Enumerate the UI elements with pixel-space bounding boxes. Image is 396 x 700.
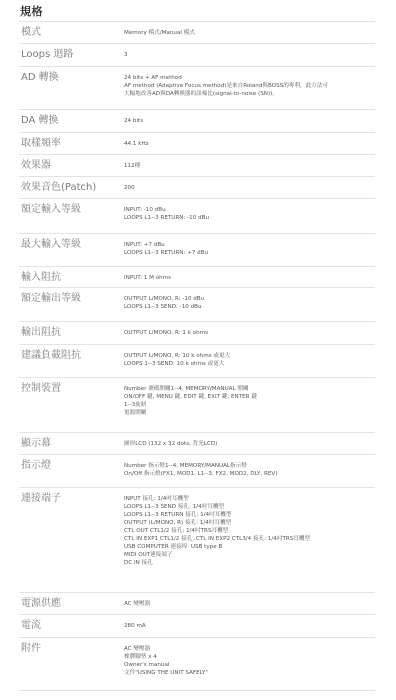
spec-value-line: 3 [124, 51, 375, 59]
spec-value: AC 變壓器 [124, 593, 375, 614]
spec-value-line: 280 mA [124, 622, 375, 630]
spec-value: INPUT: +7 dBuLOOPS L1--3 RETURN: +7 dBu [124, 234, 375, 266]
spec-row: 效果音色(Patch)200 [19, 176, 375, 198]
spec-value-line: 電源開關 [124, 409, 375, 417]
spec-table: 模式Memory 模式/Manual 模式Loops 迴路3AD 轉換24 bi… [19, 21, 375, 691]
spec-row: Loops 迴路3 [19, 43, 375, 66]
spec-row: 模式Memory 模式/Manual 模式 [19, 21, 375, 43]
spec-value-line: LOOPS 1--3 SEND: 10 k ohms 或更大 [124, 360, 375, 368]
spec-value-line: DC IN 接孔 [124, 559, 375, 567]
spec-value: Memory 模式/Manual 模式 [124, 22, 375, 43]
spec-value: 112種 [124, 155, 375, 176]
spec-label: 指示燈 [19, 455, 124, 487]
spec-value-line: 112種 [124, 162, 375, 170]
spec-value-line: 24 bits + AF method [124, 74, 375, 82]
spec-value-line: LOOPS L1--3 RETURN 接孔: 1/4吋耳機型 [124, 511, 375, 519]
spec-value-line: OUTPUT (L/MONO, R) 接孔: 1/4吋耳機型 [124, 519, 375, 527]
spec-value-line: LOOPS L1--3 RETURN: -10 dBu [124, 214, 375, 222]
spec-value-line: LOOPS L1--3 SEND: -10 dBu [124, 303, 375, 311]
spec-value-line: AF method (Adaptive Focus method)是來自Rola… [124, 82, 375, 90]
spec-value-line: OUTPUT L/MONO, R: 10 k ohms 或更大 [124, 352, 375, 360]
spec-label: 建議負載阻抗 [19, 345, 124, 377]
spec-value: OUTPUT L/MONO, R: 1 k ohms [124, 322, 375, 344]
spec-value: INPUT: 1 M ohms [124, 267, 375, 287]
spec-value-line: 文件"USING THE UNIT SAFELY" [124, 669, 375, 677]
spec-row: 指示燈Number 指示燈1--4, MEMORY/MANUAL指示燈On/Of… [19, 454, 375, 487]
spec-row: 建議負載阻抗OUTPUT L/MONO, R: 10 k ohms 或更大LOO… [19, 344, 375, 377]
spec-title: 規格 [20, 3, 43, 19]
spec-row: 最大輸入等級INPUT: +7 dBuLOOPS L1--3 RETURN: +… [19, 233, 375, 266]
spec-label: 連接端子 [19, 488, 124, 592]
spec-value-line: ON/OFF 鍵, MENU 鍵, EDIT 鍵, EXIT 鍵, ENTER … [124, 393, 375, 401]
spec-value-line: Number 指示燈1--4, MEMORY/MANUAL指示燈 [124, 462, 375, 470]
spec-label: DA 轉換 [19, 110, 124, 132]
spec-value: AC 變壓器橡膠腳墊 x 4Owner's manual文件"USING THE… [124, 638, 375, 690]
spec-label: 取樣頻率 [19, 133, 124, 154]
spec-row: 附件AC 變壓器橡膠腳墊 x 4Owner's manual文件"USING T… [19, 637, 375, 691]
spec-value: 3 [124, 44, 375, 66]
spec-value-line: 圖形LCD (132 x 32 dots, 背光LCD) [124, 440, 375, 448]
spec-value-line: INPUT: 1 M ohms [124, 274, 375, 282]
spec-label: 額定輸出等級 [19, 288, 124, 321]
spec-label: 最大輸入等級 [19, 234, 124, 266]
spec-value-line: USB COMPUTER 連接埠: USB type B [124, 543, 375, 551]
spec-value-line: INPUT 接孔: 1/4吋耳機型 [124, 495, 375, 503]
spec-value-line: 橡膠腳墊 x 4 [124, 653, 375, 661]
spec-label: 額定輸入等級 [19, 199, 124, 233]
spec-value-line: Number 號碼開關1--4, MEMORY/MANUAL 開關 [124, 385, 375, 393]
spec-value: 280 mA [124, 615, 375, 637]
spec-value: Number 指示燈1--4, MEMORY/MANUAL指示燈On/Off 指… [124, 455, 375, 487]
spec-row: 效果器112種 [19, 154, 375, 176]
spec-row: 輸出阻抗OUTPUT L/MONO, R: 1 k ohms [19, 321, 375, 344]
spec-label: 電流 [19, 615, 124, 637]
spec-label: 電源供應 [19, 593, 124, 614]
spec-row: 控制裝置Number 號碼開關1--4, MEMORY/MANUAL 開關ON/… [19, 377, 375, 432]
spec-label: 模式 [19, 22, 124, 43]
spec-row: 電流280 mA [19, 614, 375, 637]
spec-row: 取樣頻率44.1 kHz [19, 132, 375, 154]
spec-label: 附件 [19, 638, 124, 690]
spec-value-line: MIDI OUT連接端子 [124, 551, 375, 559]
spec-value-line: 24 bits [124, 117, 375, 125]
spec-row: 額定輸出等級OUTPUT L/MONO, R: -10 dBuLOOPS L1-… [19, 287, 375, 321]
spec-value: 44.1 kHz [124, 133, 375, 154]
spec-row: AD 轉換24 bits + AF methodAF method (Adapt… [19, 66, 375, 109]
spec-value-line: On/Off 指示燈(FX1, MOD1, L1--3, FX2, MOD2, … [124, 470, 375, 478]
spec-value-line: 44.1 kHz [124, 140, 375, 148]
spec-value-line: AC 變壓器 [124, 600, 375, 608]
spec-label: 效果器 [19, 155, 124, 176]
spec-value-line: Owner's manual [124, 661, 375, 669]
spec-value-line: AC 變壓器 [124, 645, 375, 653]
spec-value-line: INPUT: +7 dBu [124, 241, 375, 249]
spec-label: Loops 迴路 [19, 44, 124, 66]
spec-value-line: LOOPS L1--3 SEND 接孔: 1/4吋耳機型 [124, 503, 375, 511]
spec-value: Number 號碼開關1--4, MEMORY/MANUAL 開關ON/OFF … [124, 378, 375, 432]
spec-value-line: INPUT: -10 dBu [124, 206, 375, 214]
spec-row: 顯示幕圖形LCD (132 x 32 dots, 背光LCD) [19, 432, 375, 454]
spec-row: 輸入阻抗INPUT: 1 M ohms [19, 266, 375, 287]
spec-value: OUTPUT L/MONO, R: 10 k ohms 或更大LOOPS 1--… [124, 345, 375, 377]
spec-value-line: 1--3旋鈕 [124, 401, 375, 409]
spec-value-line: 大幅地改善AD與DA轉換器的訊噪比(signal-to-noise (SN))。 [124, 90, 375, 98]
spec-value: OUTPUT L/MONO, R: -10 dBuLOOPS L1--3 SEN… [124, 288, 375, 321]
spec-label: 效果音色(Patch) [19, 177, 124, 198]
spec-value-line: OUTPUT L/MONO, R: 1 k ohms [124, 329, 375, 337]
spec-row: 額定輸入等級INPUT: -10 dBuLOOPS L1--3 RETURN: … [19, 198, 375, 233]
spec-value: 200 [124, 177, 375, 198]
spec-value: 24 bits + AF methodAF method (Adaptive F… [124, 67, 375, 109]
spec-value-line: CTL OUT CTL1/2 接孔: 1/4吋TRS耳機型 [124, 527, 375, 535]
spec-value-line: Memory 模式/Manual 模式 [124, 29, 375, 37]
spec-value: 24 bits [124, 110, 375, 132]
spec-label: 顯示幕 [19, 433, 124, 454]
spec-row: 電源供應AC 變壓器 [19, 592, 375, 614]
spec-value: 圖形LCD (132 x 32 dots, 背光LCD) [124, 433, 375, 454]
spec-label: 輸入阻抗 [19, 267, 124, 287]
spec-row: DA 轉換24 bits [19, 109, 375, 132]
spec-value-line: OUTPUT L/MONO, R: -10 dBu [124, 295, 375, 303]
spec-value: INPUT 接孔: 1/4吋耳機型LOOPS L1--3 SEND 接孔: 1/… [124, 488, 375, 592]
spec-label: 控制裝置 [19, 378, 124, 432]
spec-label: 輸出阻抗 [19, 322, 124, 344]
spec-row: 連接端子INPUT 接孔: 1/4吋耳機型LOOPS L1--3 SEND 接孔… [19, 487, 375, 592]
spec-value-line: 200 [124, 184, 375, 192]
spec-label: AD 轉換 [19, 67, 124, 109]
spec-value-line: CTL IN EXP1 CTL1/2 接孔, CTL IN EXP2 CTL3/… [124, 535, 375, 543]
spec-value: INPUT: -10 dBuLOOPS L1--3 RETURN: -10 dB… [124, 199, 375, 233]
spec-value-line: LOOPS L1--3 RETURN: +7 dBu [124, 249, 375, 257]
